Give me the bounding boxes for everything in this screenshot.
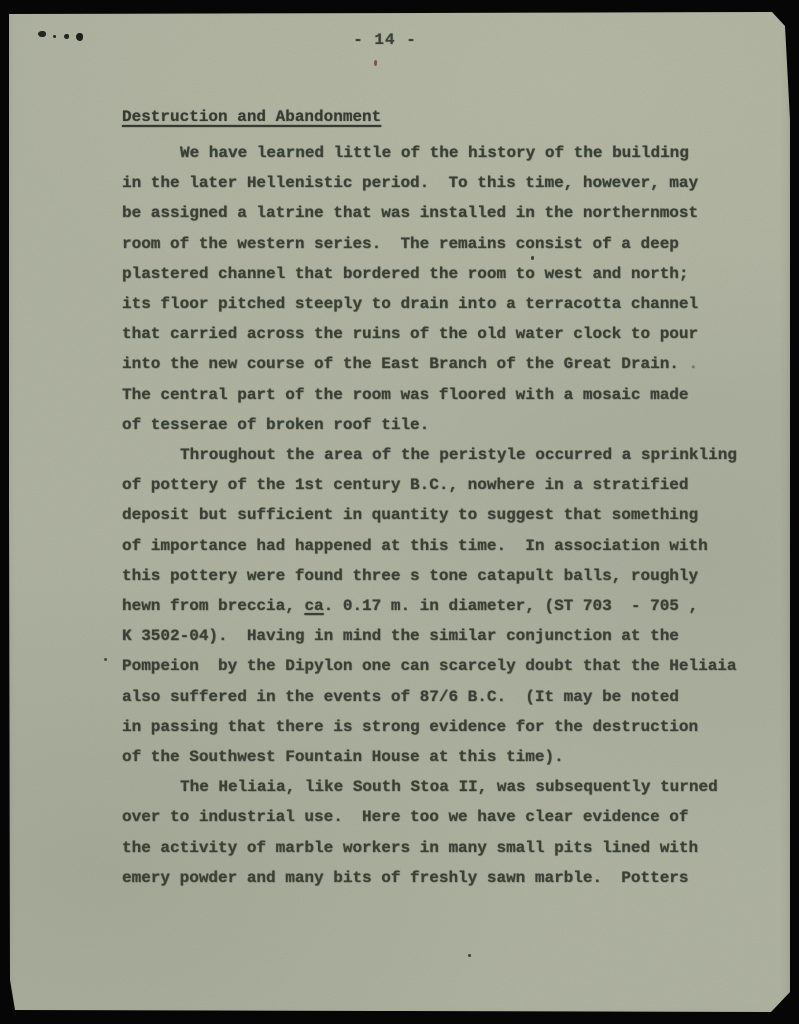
- text-line: over to industrial use. Here too we have…: [122, 802, 782, 832]
- text-segment: Throughout the area of the peristyle occ…: [180, 446, 737, 464]
- text-line: in passing that there is strong evidence…: [122, 712, 782, 742]
- text-segment: ca: [304, 597, 323, 615]
- text-line: deposit but sufficient in quantity to su…: [122, 500, 782, 530]
- text-line: its floor pitched steeply to drain into …: [122, 289, 782, 319]
- text-line: in the later Hellenistic period. To this…: [122, 168, 782, 198]
- text-segment: Pompeion by the Dipylon one can scarcely…: [122, 657, 737, 675]
- text-segment: be assigned a latrine that was installed…: [122, 204, 698, 222]
- typewritten-content: - 14 - Destruction and Abandonment We ha…: [0, 0, 799, 1024]
- text-line: into the new course of the East Branch o…: [122, 349, 782, 379]
- stray-mark: [53, 35, 56, 38]
- text-line: Throughout the area of the peristyle occ…: [122, 440, 782, 470]
- text-segment: plastered channel that bordered the room…: [122, 265, 689, 283]
- document-page: - 14 - Destruction and Abandonment We ha…: [0, 0, 799, 1024]
- text-segment: K 3502-04). Having in mind the similar c…: [122, 627, 679, 645]
- text-line: hewn from breccia, ca. 0.17 m. in diamet…: [122, 591, 782, 621]
- text-segment: that carried across the ruins of the old…: [122, 325, 698, 343]
- text-line: of tesserae of broken roof tile.: [122, 410, 782, 440]
- stray-mark: [64, 34, 69, 39]
- text-segment: in passing that there is strong evidence…: [122, 718, 698, 736]
- text-line: of the Southwest Fountain House at this …: [122, 742, 782, 772]
- text-line: of importance had happened at this time.…: [122, 531, 782, 561]
- text-line: of pottery of the 1st century B.C., nowh…: [122, 470, 782, 500]
- stray-mark: [76, 33, 83, 41]
- text-segment: of tesserae of broken roof tile.: [122, 416, 429, 434]
- text-line: also suffered in the events of 87/6 B.C.…: [122, 682, 782, 712]
- text-segment: emery powder and many bits of freshly sa…: [122, 869, 689, 887]
- text-segment: of the Southwest Fountain House at this …: [122, 748, 564, 766]
- text-segment: into the new course of the East Branch o…: [122, 355, 679, 373]
- text-segment: . 0.17 m. in diameter, (ST 703 - 705 ,: [324, 597, 698, 615]
- text-line: Pompeion by the Dipylon one can scarcely…: [122, 651, 782, 681]
- text-segment: We have learned little of the history of…: [180, 144, 689, 162]
- stray-dot: [104, 658, 107, 661]
- text-segment: The central part of the room was floored…: [122, 386, 689, 404]
- text-line: that carried across the ruins of the old…: [122, 319, 782, 349]
- text-segment: deposit but sufficient in quantity to su…: [122, 506, 698, 524]
- section-heading: Destruction and Abandonment: [122, 108, 381, 126]
- stray-dot: [468, 954, 471, 957]
- text-line: K 3502-04). Having in mind the similar c…: [122, 621, 782, 651]
- text-line: room of the western series. The remains …: [122, 229, 782, 259]
- text-line: this pottery were found three s tone cat…: [122, 561, 782, 591]
- stray-dot: [531, 256, 534, 260]
- text-line: plastered channel that bordered the room…: [122, 259, 782, 289]
- text-line: be assigned a latrine that was installed…: [122, 198, 782, 228]
- text-line: The central part of the room was floored…: [122, 380, 782, 410]
- page-number: - 14 -: [0, 31, 770, 49]
- text-segment: of pottery of the 1st century B.C., nowh…: [122, 476, 689, 494]
- text-line: emery powder and many bits of freshly sa…: [122, 863, 782, 893]
- text-segment: also suffered in the events of 87/6 B.C.…: [122, 688, 679, 706]
- text-segment: room of the western series. The remains …: [122, 235, 679, 253]
- text-segment: this pottery were found three s tone cat…: [122, 567, 698, 585]
- text-line: The Heliaia, like South Stoa II, was sub…: [122, 772, 782, 802]
- text-line: We have learned little of the history of…: [122, 138, 782, 168]
- text-segment: the activity of marble workers in many s…: [122, 839, 698, 857]
- text-segment: hewn from breccia,: [122, 597, 304, 615]
- body-text: We have learned little of the history of…: [122, 138, 782, 893]
- text-segment: .: [679, 355, 698, 373]
- text-segment: over to industrial use. Here too we have…: [122, 808, 689, 826]
- text-segment: its floor pitched steeply to drain into …: [122, 295, 698, 313]
- text-segment: in the later Hellenistic period. To this…: [122, 174, 698, 192]
- scanned-page-backdrop: - 14 - Destruction and Abandonment We ha…: [0, 0, 799, 1024]
- text-segment: of importance had happened at this time.…: [122, 537, 708, 555]
- text-segment: The Heliaia, like South Stoa II, was sub…: [180, 778, 718, 796]
- red-comma-mark: [374, 60, 377, 66]
- stray-mark: [38, 31, 46, 37]
- text-line: the activity of marble workers in many s…: [122, 833, 782, 863]
